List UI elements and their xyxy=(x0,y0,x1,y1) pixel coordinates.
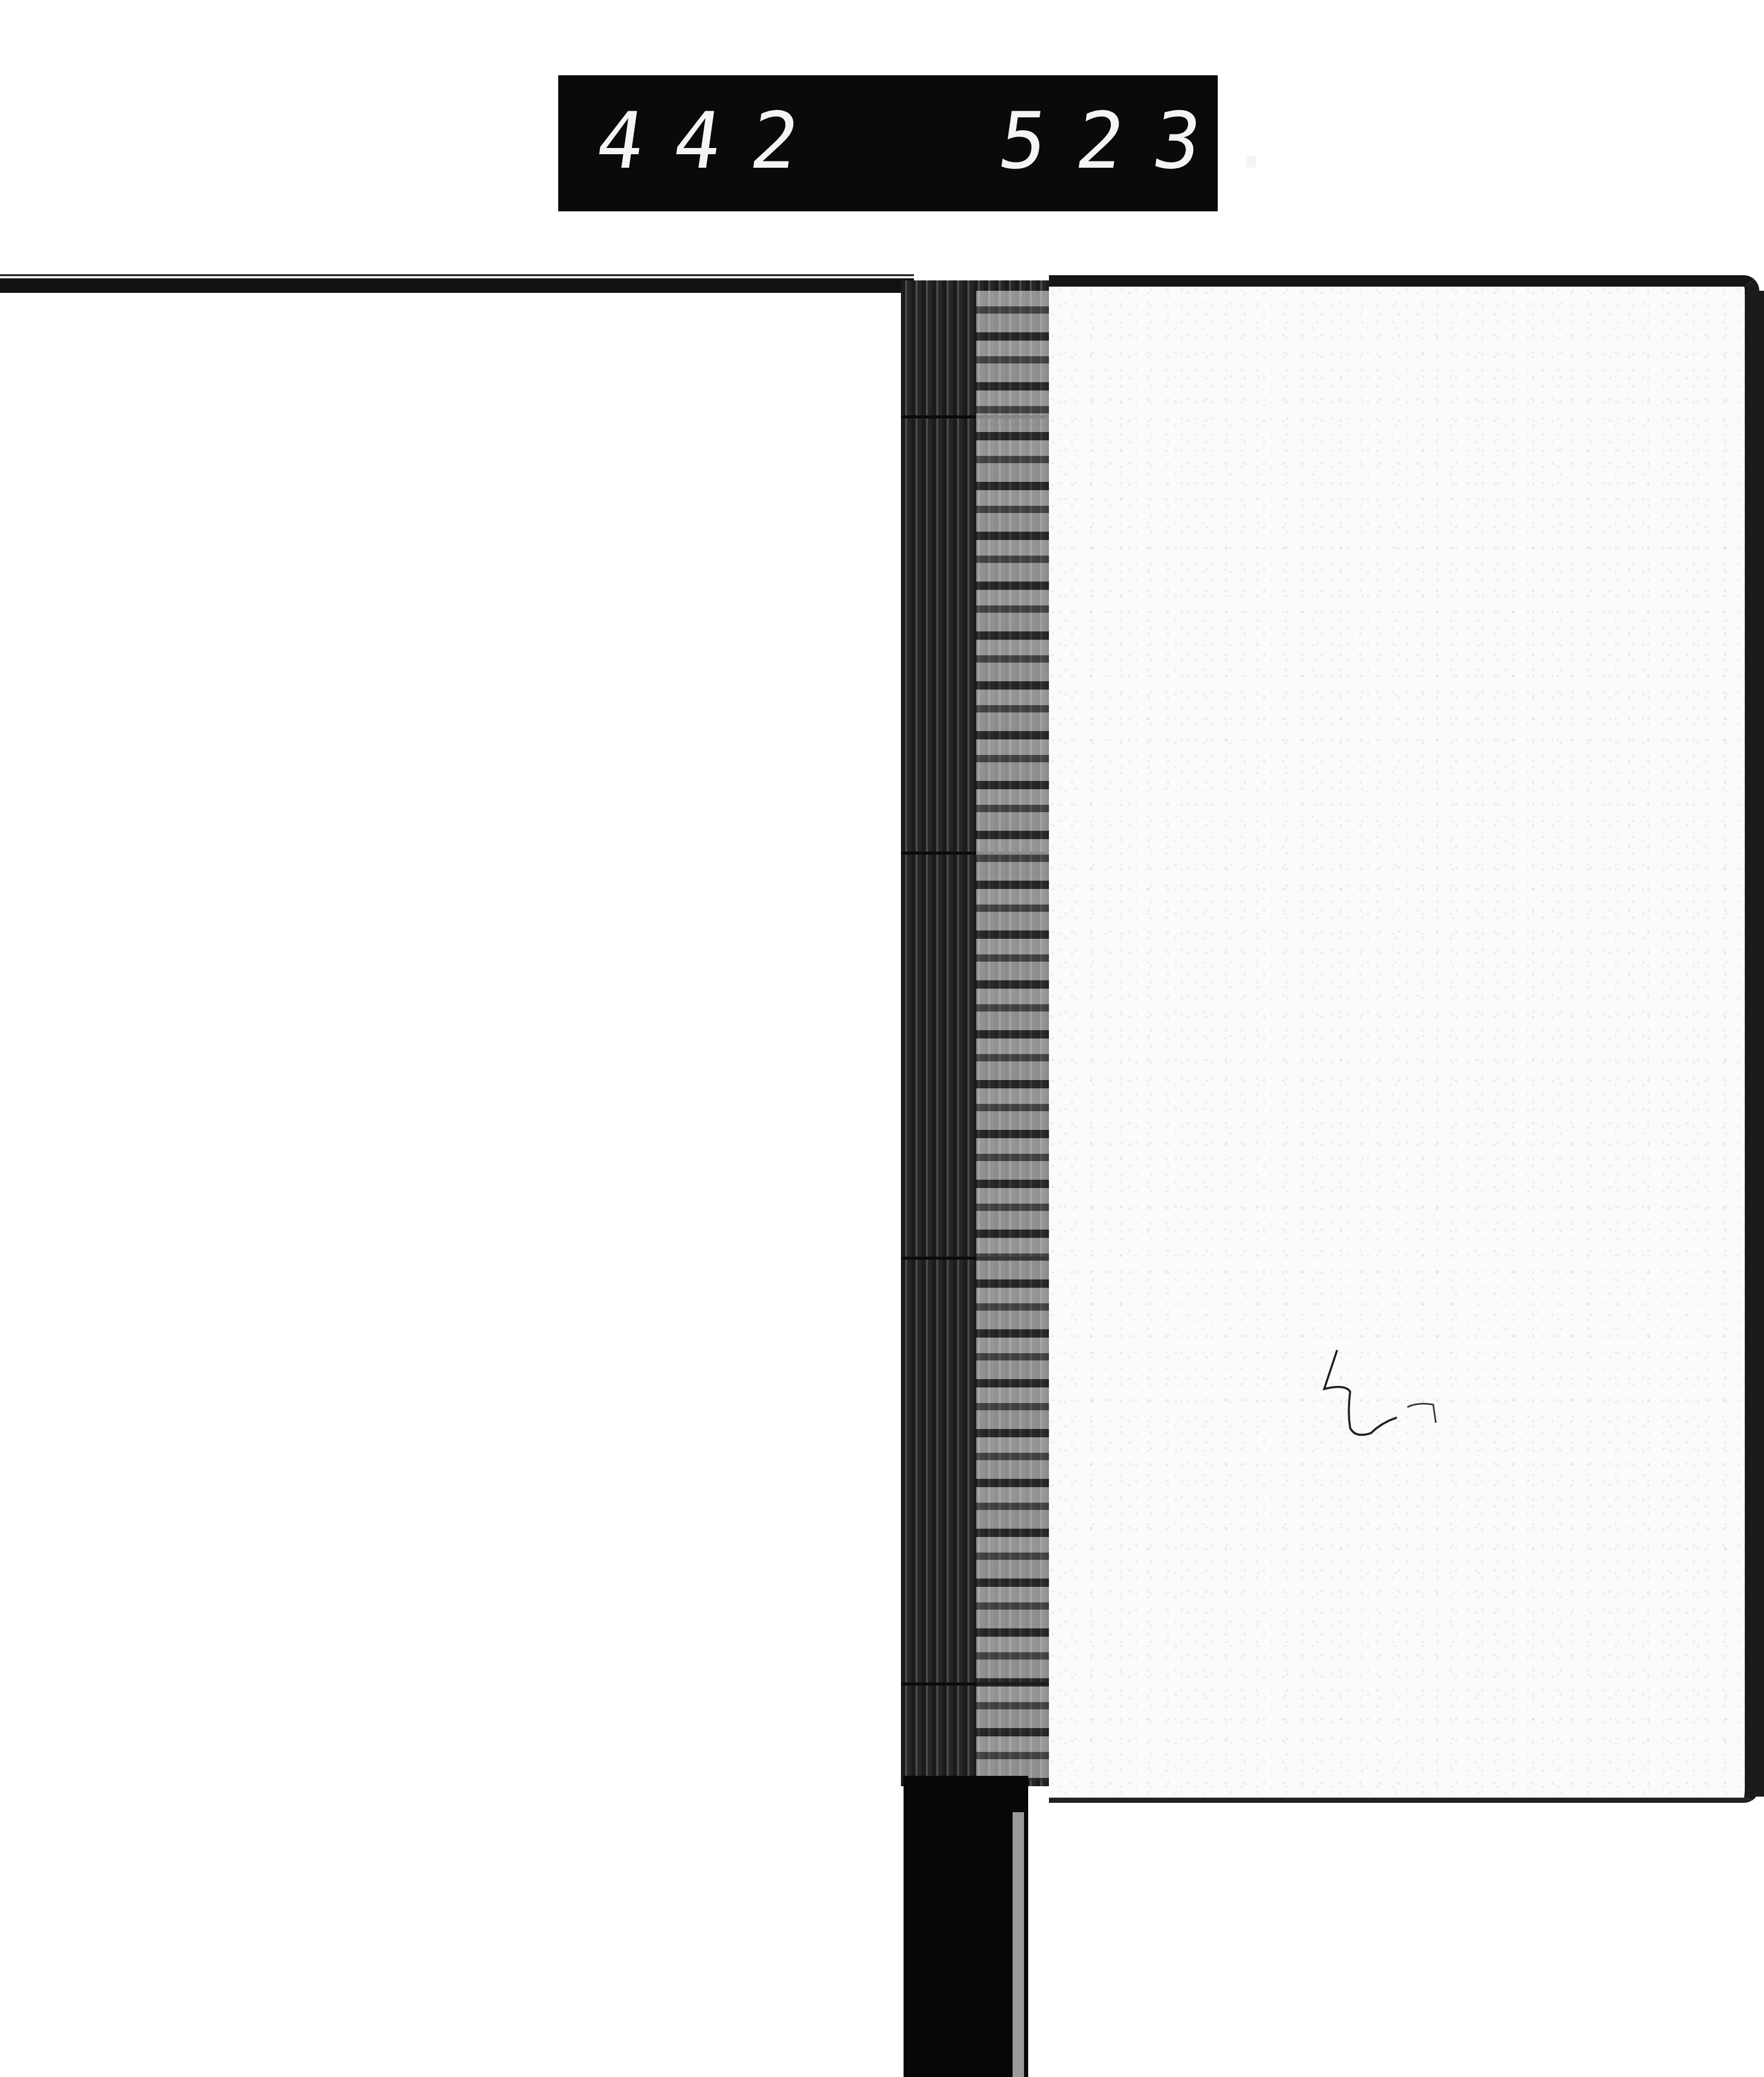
frame-counter: 442 523. xyxy=(558,75,1218,211)
frame-counter-group-b: 523. xyxy=(994,102,1313,180)
book-cover xyxy=(1049,275,1759,1803)
spine-hinge xyxy=(976,291,1049,1781)
film-strip-edge xyxy=(1013,1812,1024,2077)
handwritten-mark xyxy=(1314,1340,1459,1454)
blank-left-area xyxy=(0,293,901,2077)
film-bottom-strip xyxy=(904,1776,1028,2077)
frame-counter-group-a: 442 xyxy=(591,102,833,180)
cover-right-edge xyxy=(1750,291,1764,1797)
top-rule xyxy=(0,278,914,293)
top-rule-thin xyxy=(0,274,914,276)
